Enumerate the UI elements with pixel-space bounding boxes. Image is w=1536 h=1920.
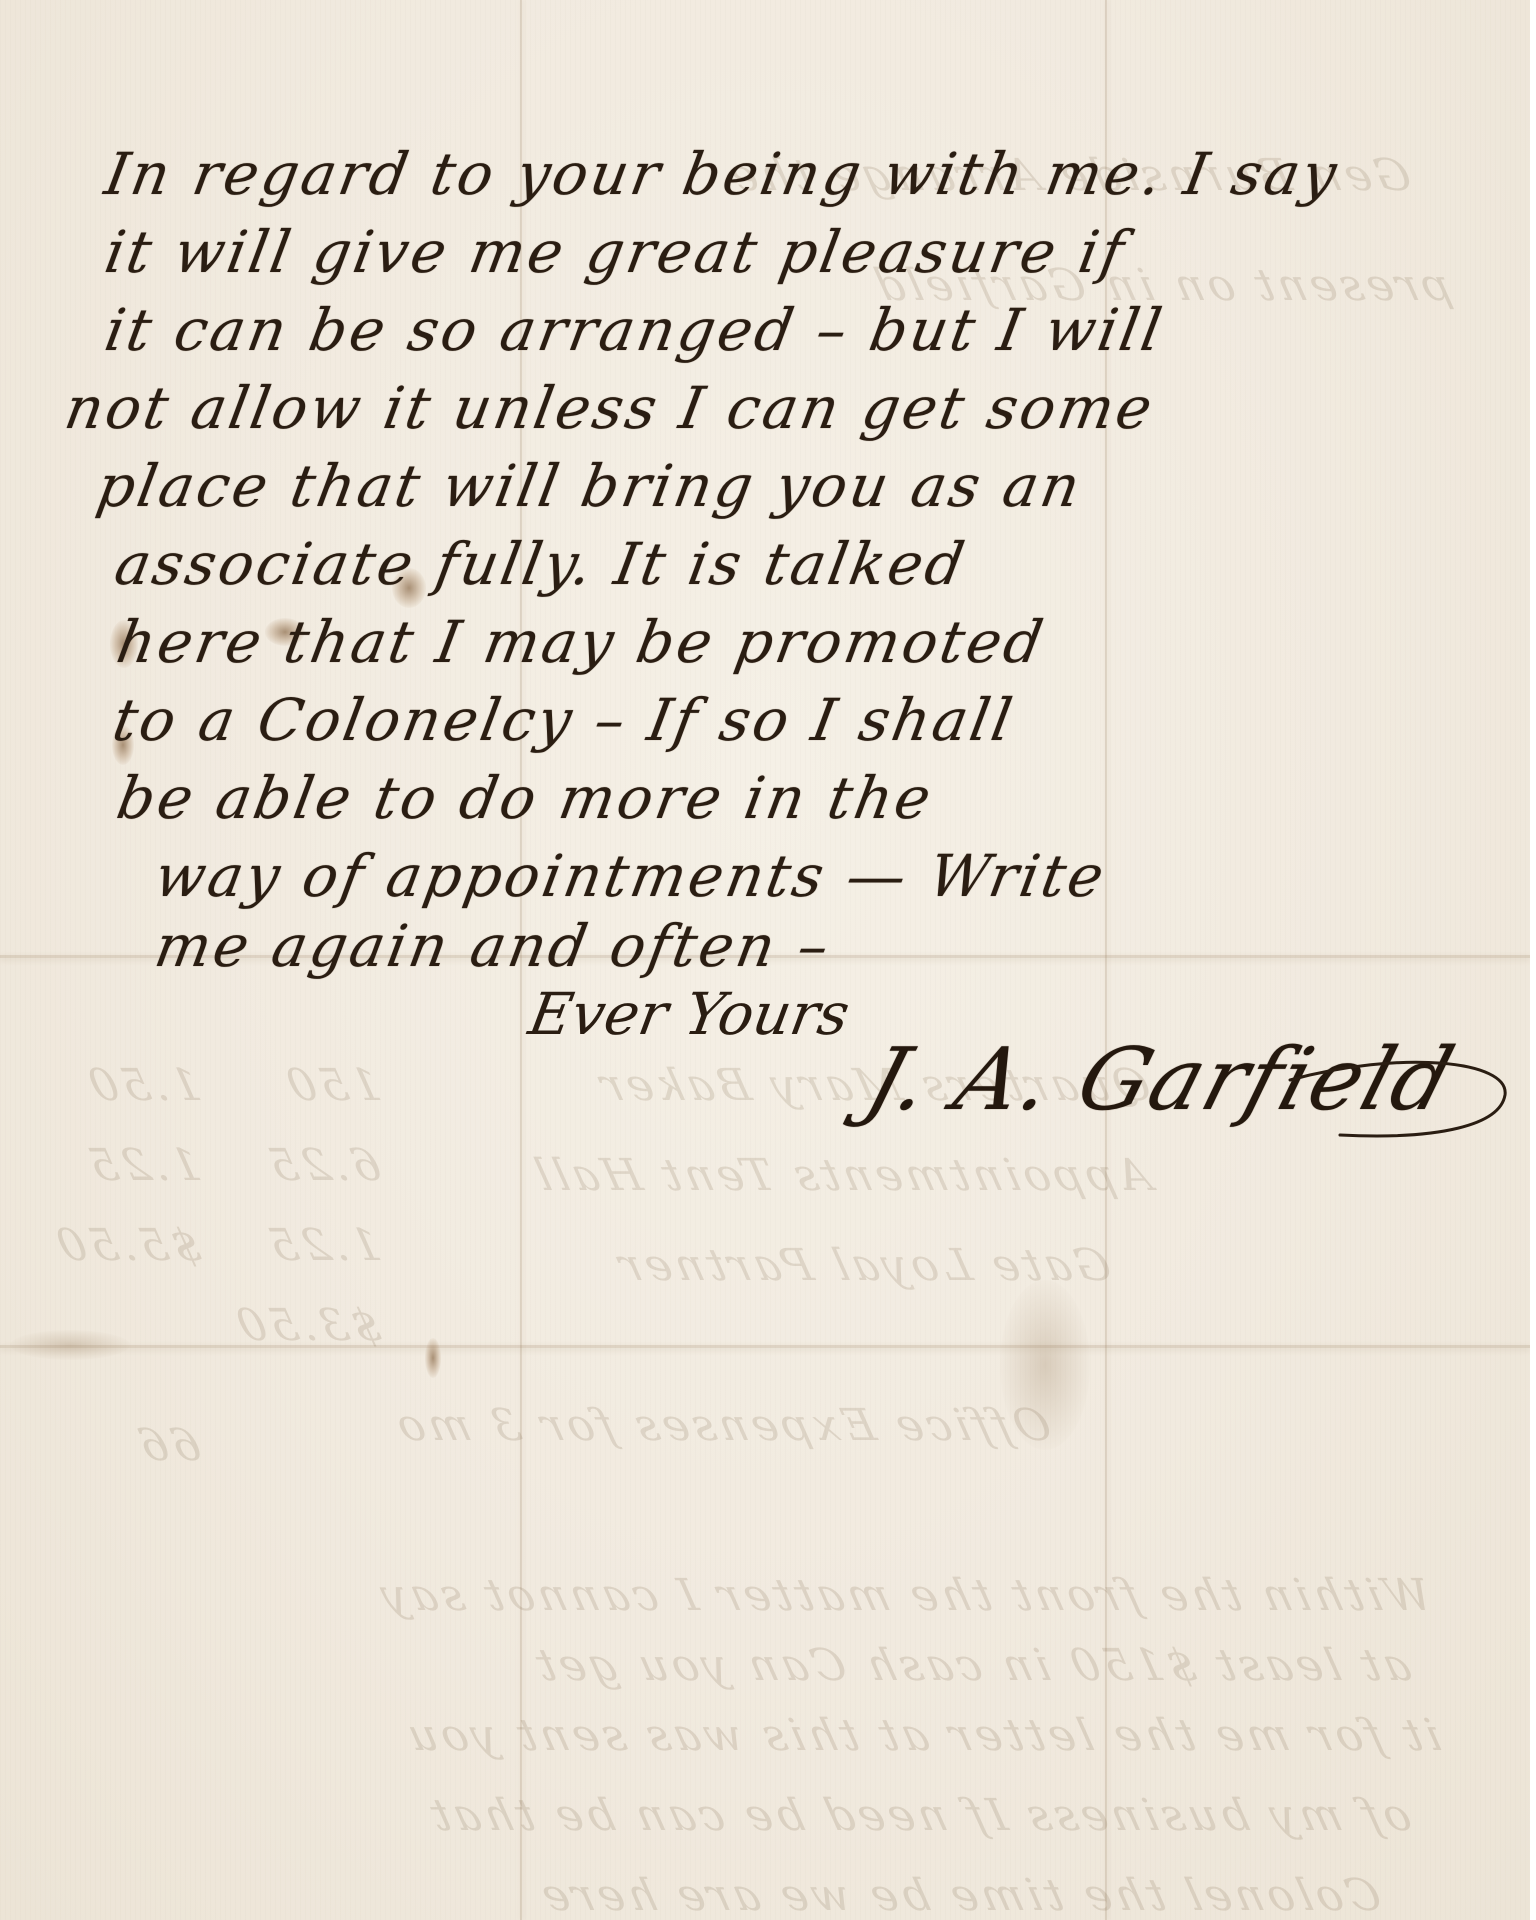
letter-line-5: place that will bring you as an [92,452,1088,520]
ghost-figure: $5.50 [48,1220,207,1271]
water-stain [10,1330,130,1360]
letter-line-11: me again and often – [150,912,837,980]
ghost-line: Appointments Tent Hall [526,1150,1156,1201]
water-stain [1000,1280,1090,1450]
ghost-line: Within the front the matter I cannot say [372,1570,1437,1621]
ghost-line: it for me the letter at this was sent yo… [398,1710,1446,1761]
letter-line-4: not allow it unless I can get some [60,374,1160,442]
letter-closing: Ever Yours [524,980,855,1048]
letter-line-9: be able to do more in the [112,764,939,832]
ghost-figure: 1.25 [80,1140,207,1191]
horizontal-fold-line [0,1345,1530,1348]
letter-line-8: to a Colonelcy – If so I shall [108,686,1020,754]
letter-line-3: it can be so arranged – but I will [100,296,1169,364]
ghost-figure: 1.50 [80,1060,207,1111]
letter-line-7: here that I may be promoted [112,608,1051,676]
ink-stain [425,1338,441,1378]
ghost-line: Office Expenses for 3 mo [388,1400,1057,1451]
letter-line-1: In regard to your being with me. I say [100,140,1344,208]
letter-line-10: way of appointments — Write [150,842,1112,910]
ghost-line: of my business If need be can be that [422,1790,1416,1841]
letter-page: Gen Burnside Arrange the present on in G… [0,0,1530,1920]
signature-flourish-icon [1280,1040,1520,1150]
ghost-figure: $3.50 [228,1300,387,1351]
letter-line-6: associate fully. It is talked [110,530,972,598]
vertical-fold-line [1105,0,1107,1920]
ghost-figure: 150 [278,1060,387,1111]
letter-line-2: it will give me great pleasure if [100,218,1132,286]
ghost-line: at least $150 in cash Can you get [527,1640,1416,1691]
ghost-figure: 66 [130,1420,207,1471]
ghost-line: Colonel the time be we are here [532,1870,1386,1920]
ghost-figure: 1.25 [260,1220,387,1271]
ghost-figure: 6.25 [260,1140,387,1191]
